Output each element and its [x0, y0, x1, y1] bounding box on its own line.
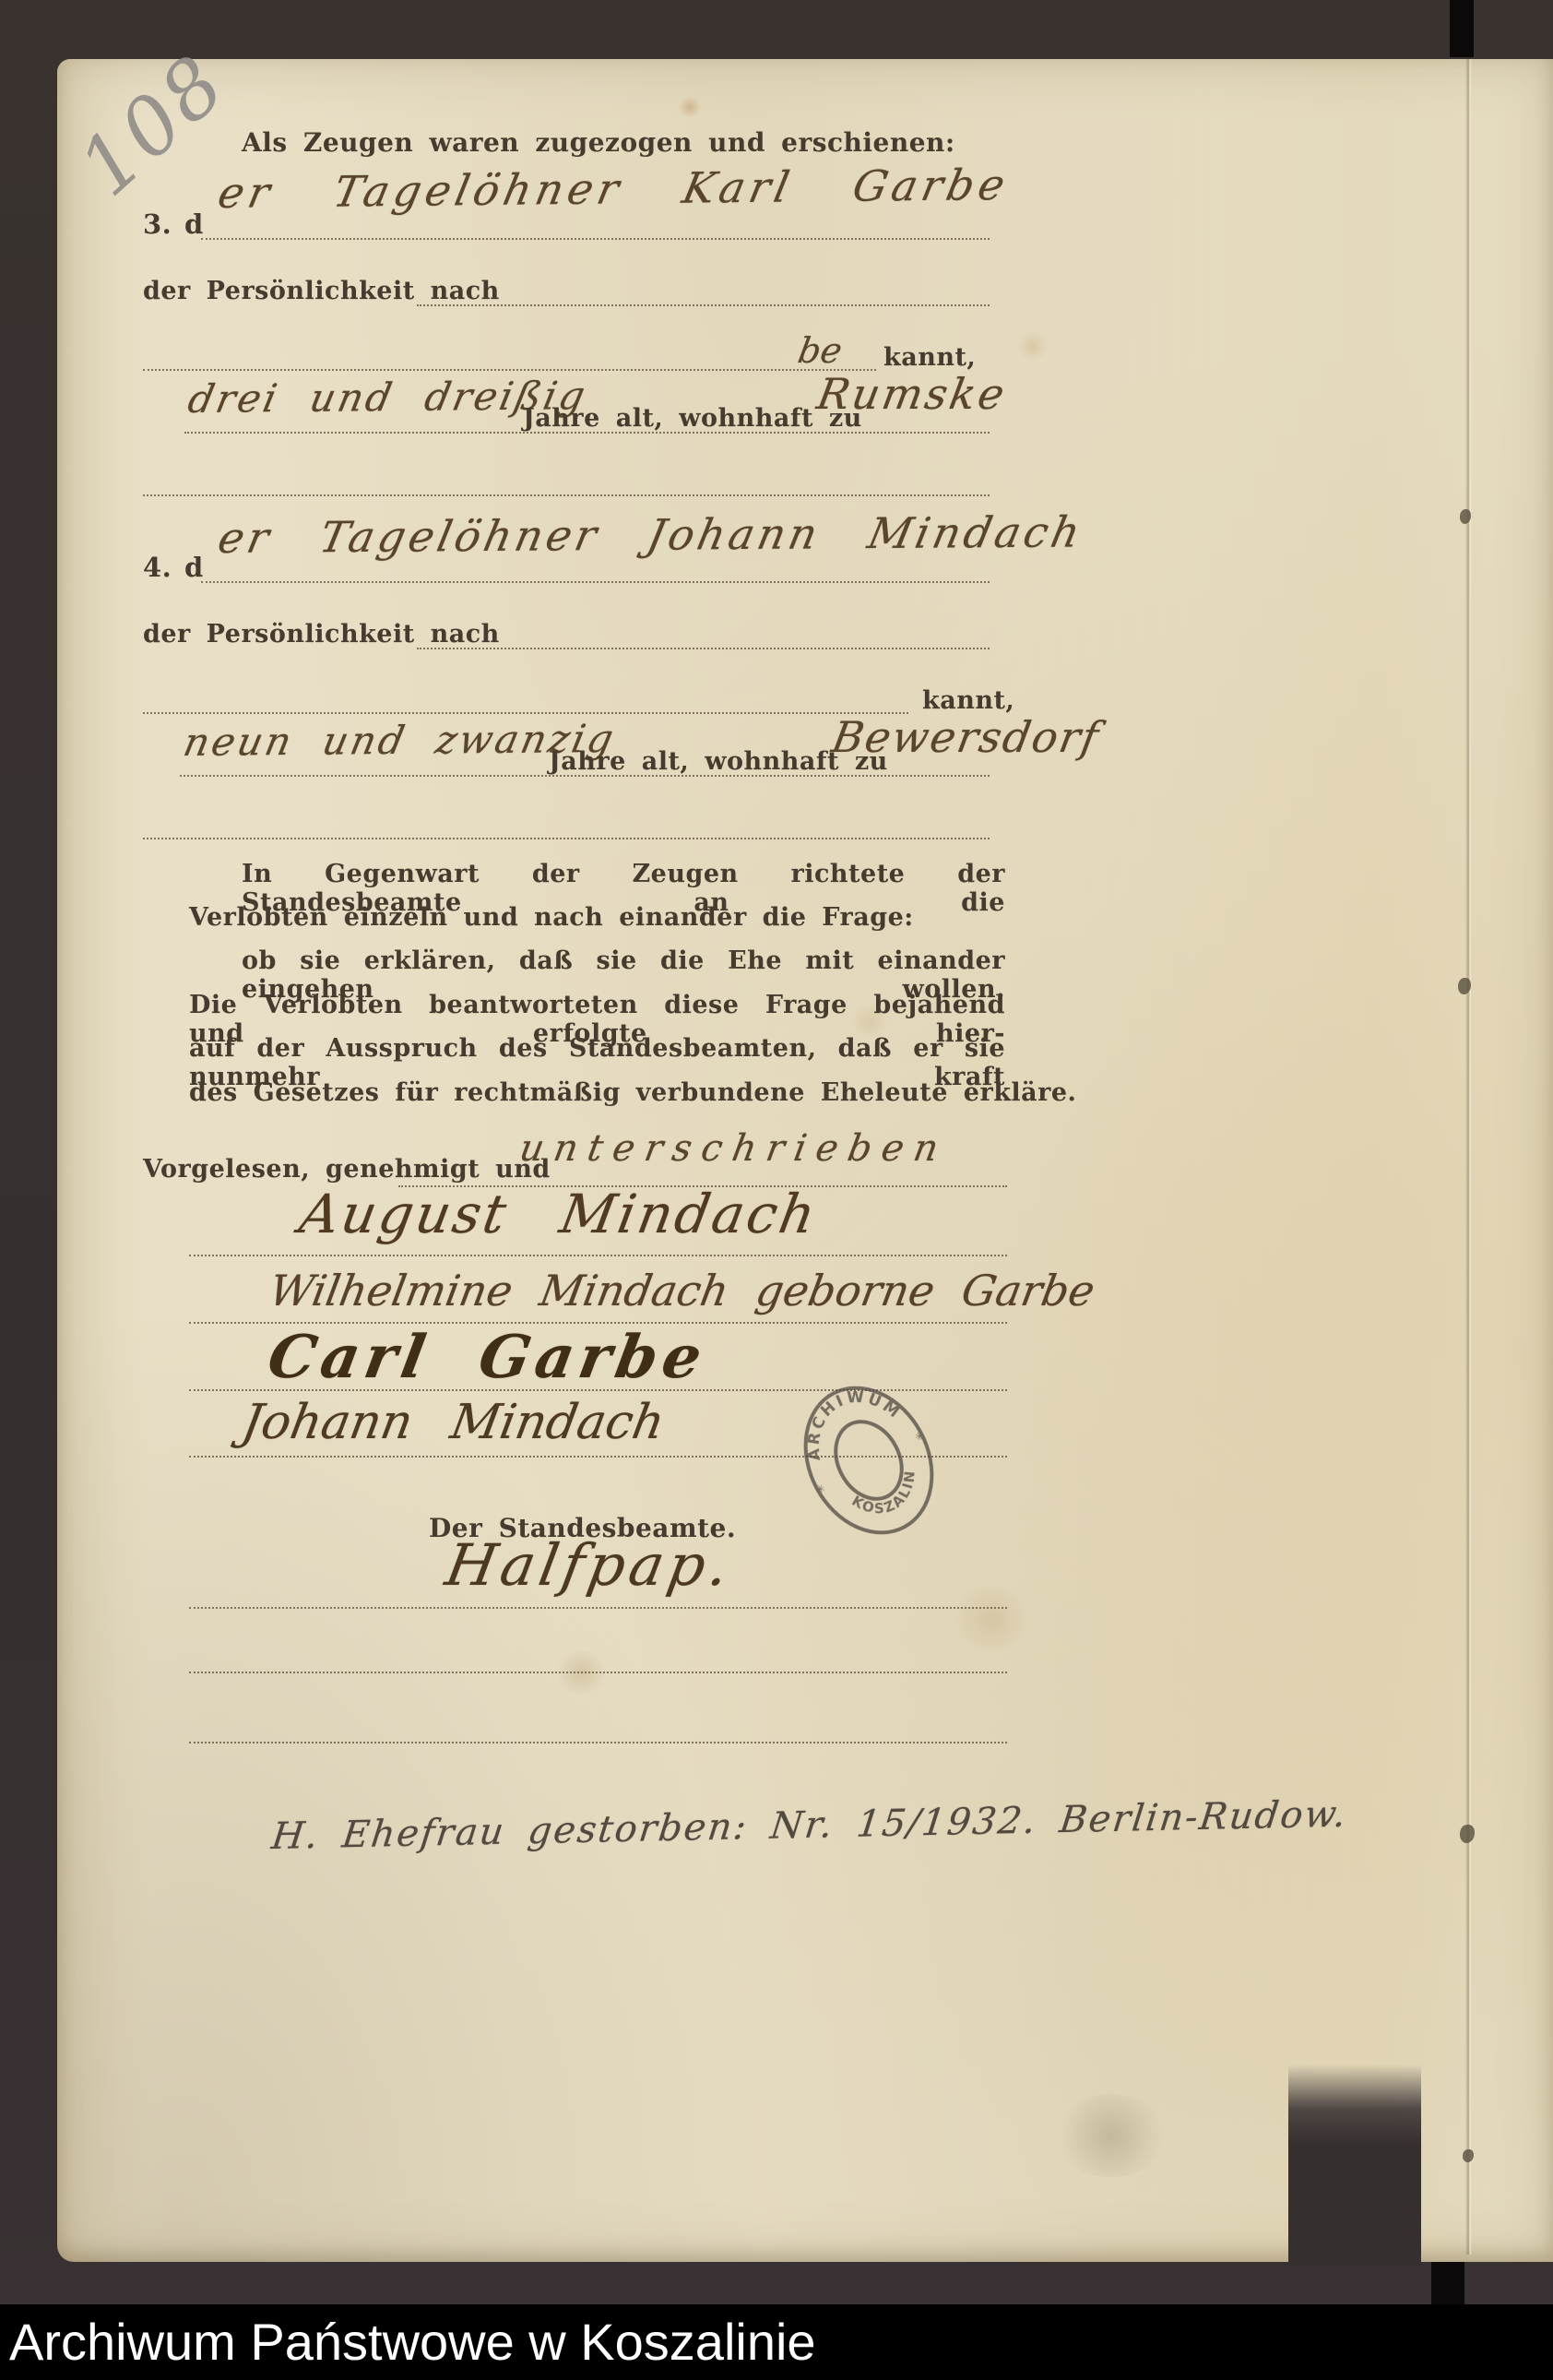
dotted-fill-line [189, 1672, 1007, 1673]
witnesses-heading: Als Zeugen waren zugezogen und erschiene… [242, 127, 955, 158]
declaration-line: Verlobten einzeln und nach einander die … [189, 903, 914, 932]
dotted-fill-line [189, 1607, 1007, 1609]
witness4-index: 4. [143, 552, 172, 583]
dotted-fill-line [143, 712, 908, 714]
dotted-fill-line [180, 775, 990, 777]
witness3-index: 3. [143, 208, 172, 240]
dotted-fill-line [201, 238, 990, 240]
witness3-name-handwritten: er Tagelöhner Karl Garbe [214, 160, 1014, 218]
dotted-fill-line [189, 1742, 1007, 1743]
witness3-kannt-label: kannt, [883, 343, 976, 372]
signature-carl-garbe: Carl Garbe [263, 1323, 712, 1392]
archive-bar: Archiwum Państwowe w Koszalinie [0, 2304, 1553, 2380]
closing-handwritten: unterschrieben [516, 1127, 952, 1170]
dotted-fill-line [417, 648, 990, 649]
witness3-prefix: d [184, 208, 204, 240]
witness4-prefix: d [184, 552, 204, 583]
witness3-identity-label: der Persönlichkeit nach [143, 277, 500, 305]
dotted-fill-line [143, 494, 990, 496]
closing-printed: Vorgelesen, genehmigt und [143, 1155, 551, 1184]
document-scan: 108 Als Zeugen waren zugezogen und ersch… [0, 0, 1553, 2380]
dotted-fill-line [417, 304, 990, 306]
witness4-kannt-label: kannt, [922, 686, 1014, 715]
witness3-age-label: Jahre alt, wohnhaft zu [523, 404, 862, 433]
witness4-identity-label: der Persönlichkeit nach [143, 620, 500, 649]
archive-bar-label: Archiwum Państwowe w Koszalinie [9, 2312, 816, 2372]
witness4-residence-handwritten: Bewersdorf [828, 712, 1104, 762]
signature-august-mindach: August Mindach [295, 1183, 823, 1245]
dotted-fill-line [143, 838, 990, 839]
dotted-fill-line [189, 1255, 1007, 1256]
dotted-fill-line [143, 369, 876, 371]
witness3-residence-handwritten: Rumske [813, 369, 1011, 419]
top-edge-notch [1450, 0, 1474, 57]
stamp-ornament-icon: ✳ [813, 1482, 827, 1497]
witness4-name-handwritten: er Tagelöhner Johann Mindach [214, 506, 1088, 563]
registrar-signature: Halfpap. [441, 1531, 739, 1599]
dotted-fill-line [184, 432, 990, 434]
signature-johann-mindach: Johann Mindach [238, 1395, 669, 1450]
signature-wilhelmine-mindach: Wilhelmine Mindach geborne Garbe [266, 1266, 1098, 1315]
gutter-shadow [1288, 2065, 1421, 2266]
witness3-be-handwritten: be [795, 330, 846, 371]
declaration-line: des Gesetzes für rechtmäßig verbundene E… [189, 1078, 1076, 1107]
binding-crease [1465, 59, 1472, 2255]
dotted-fill-line [201, 581, 990, 583]
